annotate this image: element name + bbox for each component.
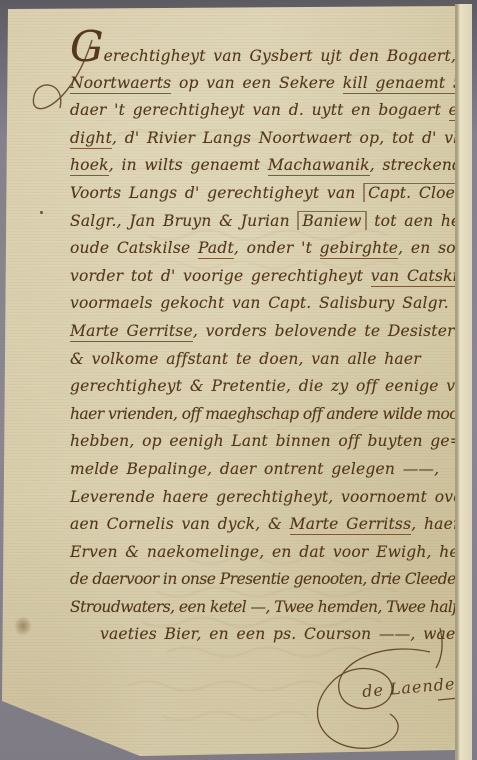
manuscript-line: & volkome affstant te doen, van alle hae… bbox=[70, 346, 460, 374]
manuscript-line: gerechtigheyt & Pretentie, die zy off ee… bbox=[70, 373, 460, 401]
underlined-phrase: gebirghte bbox=[320, 239, 399, 259]
text-segment: , vorders belovende te Desisteren bbox=[193, 322, 474, 340]
manuscript-line: dight, d' Rivier Langs Noortwaert op, to… bbox=[70, 125, 460, 153]
underlined-phrase: hoek bbox=[70, 156, 109, 176]
text-segment: vorder tot d' voorige gerechtigheyt bbox=[70, 267, 371, 285]
ink-bleed-through bbox=[0, 0, 477, 760]
text-segment: & volkome affstant te doen, van alle hae… bbox=[70, 350, 421, 368]
text-segment: vaeties Bier, en een ps. Courson ——, wae… bbox=[100, 625, 477, 643]
manuscript-line: aen Cornelis van dyck, & Marte Gerritss,… bbox=[70, 511, 460, 539]
text-segment: , d' Rivier Langs Noortwaert op, tot d' … bbox=[112, 129, 477, 147]
manuscript-line: Gerechtigheyt van Gysbert ujt den Bogaer… bbox=[70, 42, 460, 70]
text-segment: Salgr., Jan Bruyn & Jurian bbox=[70, 212, 297, 230]
manuscript-line: voormaels gekocht van Capt. Salisbury Sa… bbox=[70, 290, 460, 318]
manuscript-line: melde Bepalinge, daer ontrent gelegen ——… bbox=[70, 456, 460, 484]
text-segment: hebben, op eenigh Lant binnen off buyten… bbox=[70, 432, 463, 450]
underlined-phrase: Machawanik bbox=[268, 156, 370, 176]
text-segment: gerechtigheyt & Pretentie, die zy off ee… bbox=[70, 377, 475, 395]
initial-letter-swash bbox=[0, 0, 477, 760]
manuscript-page: Gerechtigheyt van Gysbert ujt den Bogaer… bbox=[0, 0, 477, 760]
manuscript-line: hoek, in wilts genaemt Machawanik, strec… bbox=[70, 152, 460, 180]
text-segment: Erven & naekomelinge, en dat voor Ewigh,… bbox=[70, 543, 477, 561]
manuscript-line: oude Catskilse Padt, onder 't gebirghte,… bbox=[70, 235, 460, 263]
underlined-phrase: Noortwaerts bbox=[70, 74, 171, 94]
manuscript-line: daer 't gerechtigheyt van d. uytt en bog… bbox=[70, 97, 460, 125]
manuscript-line: Voorts Langs d' gerechtigheyt van Capt. … bbox=[70, 180, 460, 208]
text-segment: Leverende haere gerechtigheyt, voornoemt… bbox=[70, 488, 470, 506]
manuscript-line: hebben, op eenigh Lant binnen off buyten… bbox=[70, 428, 460, 456]
manuscript-lines: Gerechtigheyt van Gysbert ujt den Bogaer… bbox=[70, 42, 460, 649]
bracketed-insertion: Baniew bbox=[297, 211, 366, 230]
manuscript-line: haer vrienden, off maeghschap off andere… bbox=[70, 401, 460, 429]
second-page-edge bbox=[455, 4, 472, 760]
bracketed-insertion: Capt. Cloet bbox=[363, 183, 466, 202]
underlined-phrase: van Catskill bbox=[371, 267, 468, 287]
text-segment: voormaels gekocht van Capt. Salisbury Sa… bbox=[70, 294, 476, 312]
text-segment: Gerechtigheyt van Gysbert ujt den Bogaer… bbox=[70, 47, 477, 65]
underlined-phrase: Marte Gerritss bbox=[290, 515, 412, 535]
manuscript-line: Salgr., Jan Bruyn & Jurian Baniew tot ae… bbox=[70, 208, 460, 236]
text-segment: oude Catskilse bbox=[70, 239, 198, 257]
text-segment: de daervoor in onse Presentie genooten, … bbox=[70, 570, 456, 588]
manuscript-line: Erven & naekomelinge, en dat voor Ewigh,… bbox=[70, 539, 460, 567]
text-segment: haer vrienden, off maeghschap off andere… bbox=[70, 405, 477, 423]
text-segment: melde Bepalinge, daer ontrent gelegen ——… bbox=[70, 460, 439, 478]
underlined-phrase: dight bbox=[70, 129, 112, 149]
text-segment: aen Cornelis van dyck, & bbox=[70, 515, 290, 533]
manuscript-line: Marte Gerritse, vorders belovende te Des… bbox=[70, 318, 460, 346]
manuscript-line: vorder tot d' voorige gerechtigheyt van … bbox=[70, 263, 460, 291]
underlined-phrase: Padt bbox=[198, 239, 234, 259]
ink-dot bbox=[40, 211, 43, 214]
manuscript-line: Leverende haere gerechtigheyt, voornoemt… bbox=[70, 484, 460, 512]
manuscript-line: Noortwaerts op van een Sekere kill genae… bbox=[70, 70, 460, 98]
manuscript-line: Stroudwaters, een ketel —, Twee hemden, … bbox=[70, 594, 460, 622]
catchword: de Laende bbox=[361, 674, 456, 701]
manuscript-line: de daervoor in onse Presentie genooten, … bbox=[70, 566, 460, 594]
text-segment: , onder 't bbox=[234, 239, 320, 257]
text-segment: , in wilts genaemt bbox=[109, 156, 268, 174]
manuscript-line: vaeties Bier, en een ps. Courson ——, wae… bbox=[100, 621, 460, 649]
catchword-flourish bbox=[0, 0, 477, 760]
text-segment: op van een Sekere bbox=[171, 74, 342, 92]
ink-blot bbox=[14, 616, 32, 636]
underlined-phrase: Marte Gerritse bbox=[70, 322, 193, 342]
text-segment: Voorts Langs d' gerechtigheyt van bbox=[70, 184, 363, 202]
text-segment: Stroudwaters, een ketel —, Twee hemden, … bbox=[70, 598, 458, 616]
text-segment: daer 't gerechtigheyt van d. uytt en bog… bbox=[70, 101, 449, 119]
